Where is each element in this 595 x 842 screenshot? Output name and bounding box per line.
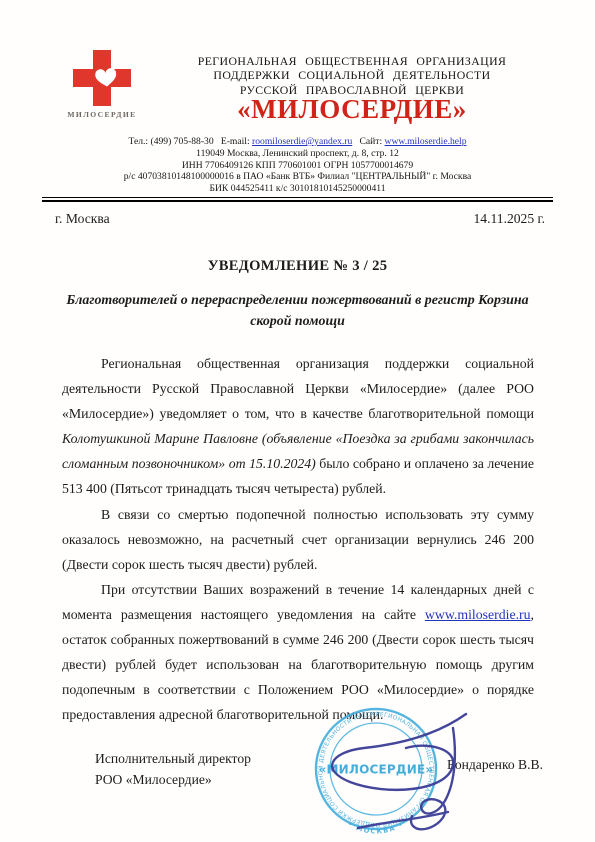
- body-text: Региональная общественная организация по…: [62, 351, 534, 727]
- phone-label: Тел.:: [128, 136, 148, 147]
- phone-value: (499) 705-88-30: [151, 136, 214, 147]
- account-line: р/с 40703810148100000016 в ПАО «Банк ВТБ…: [40, 171, 555, 183]
- notice-title: УВЕДОМЛЕНИЕ № 3 / 25: [0, 258, 595, 275]
- signer-position-line-1: Исполнительный директор: [95, 749, 251, 770]
- p1-text-a: Региональная общественная организация по…: [62, 356, 534, 421]
- org-name-block: РЕГИОНАЛЬНАЯ ОБЩЕСТВЕННАЯ ОРГАНИЗАЦИЯ ПО…: [150, 54, 554, 117]
- address-line: 119049 Москва, Ленинский проспект, д. 8,…: [40, 148, 555, 160]
- contact-line-1: Тел.: (499) 705-88-30 E-mail: roomiloser…: [40, 136, 555, 148]
- org-name-line-1: РЕГИОНАЛЬНАЯ ОБЩЕСТВЕННАЯ ОРГАНИЗАЦИЯ: [150, 54, 554, 68]
- contact-block: Тел.: (499) 705-88-30 E-mail: roomiloser…: [40, 136, 555, 195]
- stamp-and-signature: РЕГИОНАЛЬНАЯ ОБЩЕСТВЕННАЯ ОРГАНИЗАЦИЯ ПО…: [306, 702, 476, 840]
- city-label: г. Москва: [55, 211, 110, 227]
- date-label: 14.11.2025 г.: [473, 211, 545, 227]
- logo-label: МИЛОСЕРДИЕ: [56, 110, 148, 119]
- document-page: МИЛОСЕРДИЕ РЕГИОНАЛЬНАЯ ОБЩЕСТВЕННАЯ ОРГ…: [0, 0, 595, 842]
- org-name-line-2: ПОДДЕРЖКИ СОЦИАЛЬНОЙ ДЕЯТЕЛЬНОСТИ: [150, 68, 554, 82]
- signer-position-line-2: РОО «Милосердие»: [95, 770, 251, 791]
- red-cross-heart-icon: [72, 50, 132, 107]
- paragraph-2: В связи со смертью подопечной полностью …: [62, 502, 534, 577]
- paragraph-1: Региональная общественная организация по…: [62, 351, 534, 502]
- email-label: E-mail:: [221, 136, 250, 147]
- org-logo: МИЛОСЕРДИЕ: [56, 50, 148, 119]
- org-stamp: РЕГИОНАЛЬНАЯ ОБЩЕСТВЕННАЯ ОРГАНИЗАЦИЯ ПО…: [306, 702, 476, 840]
- site-label: Сайт:: [359, 136, 382, 147]
- codes-line: ИНН 7706409126 КПП 770601001 ОГРН 105770…: [40, 160, 555, 172]
- site-link[interactable]: www.miloserdie.help: [385, 136, 467, 147]
- bik-line: БИК 044525411 к/с 30101810145250000411: [40, 183, 555, 195]
- signer-position: Исполнительный директор РОО «Милосердие»: [95, 749, 251, 790]
- org-title: «МИЛОСЕРДИЕ»: [150, 102, 554, 116]
- email-link[interactable]: roomiloserdie@yandex.ru: [252, 136, 352, 147]
- notice-subject: Благотворителей о перераспределении поже…: [52, 290, 543, 332]
- miloserdie-link[interactable]: www.miloserdie.ru: [425, 607, 531, 622]
- header-divider: [42, 197, 553, 202]
